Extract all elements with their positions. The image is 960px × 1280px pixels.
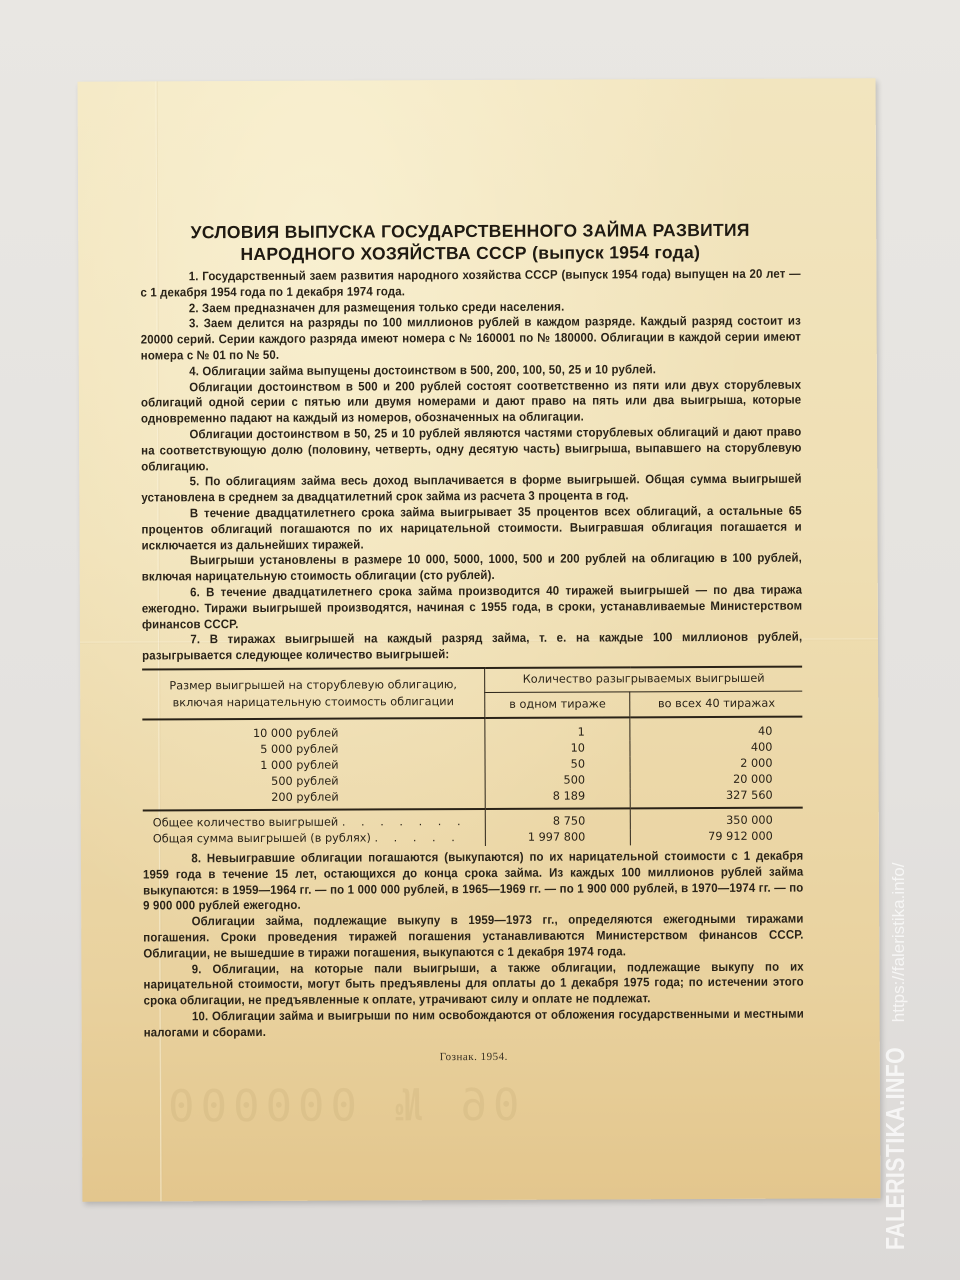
prize-denomination: 5 000 рублей	[142, 741, 485, 758]
total-one-draw: 8 750	[485, 808, 631, 830]
prize-count-one-draw: 500	[485, 772, 631, 789]
prize-denomination: 1 000 рублей	[143, 757, 486, 774]
prize-count-one-draw: 10	[485, 740, 631, 757]
header-one-draw: в одном тираже	[485, 692, 631, 718]
total-label: Общая сумма выигрышей (в рублях) . . . .…	[143, 830, 486, 847]
printer-mark: Гознак. 1954.	[144, 1050, 804, 1065]
header-prize-size: Размер выигрышей на сторублевую облигаци…	[142, 668, 485, 719]
clause-5-para-2: В течение двадцатилетнего срока займа вы…	[141, 504, 802, 554]
total-one-draw: 1 997 800	[485, 829, 631, 846]
prize-table-container: Размер выигрышей на сторублевую облигаци…	[142, 666, 803, 848]
prize-count-one-draw: 8 189	[485, 788, 631, 809]
clause-10: 10. Облигации займа и выигрыши по ним ос…	[144, 1006, 804, 1040]
table-total-row: Общее количество выигрышей . . . . . . .…	[143, 808, 803, 832]
clause-1: 1. Государственный заем развития народно…	[140, 267, 800, 301]
title-line-2: НАРОДНОГО ХОЗЯЙСТВА СССР (выпуск 1954 го…	[140, 241, 800, 266]
total-label-text: Общая сумма выигрышей (в рублях)	[153, 831, 371, 845]
header-prize-count: Количество разыгрываемых выигрышей	[485, 667, 803, 693]
prize-count-all-draws: 327 560	[631, 788, 803, 809]
document-title: УСЛОВИЯ ВЫПУСКА ГОСУДАРСТВЕННОГО ЗАЙМА Р…	[140, 219, 800, 266]
prize-count-all-draws: 400	[630, 740, 802, 757]
title-line-1: УСЛОВИЯ ВЫПУСКА ГОСУДАРСТВЕННОГО ЗАЙМА Р…	[140, 219, 800, 244]
clause-3: 3. Заем делится на разряды по 100 миллио…	[141, 314, 802, 364]
header-all-draws: во всех 40 тиражах	[630, 691, 802, 717]
clause-7: 7. В тиражах выигрышей на каждый разряд …	[142, 630, 802, 664]
prize-denomination: 200 рублей	[143, 789, 486, 810]
clause-9: 9. Облигации, на которые пали выигрыши, …	[143, 959, 804, 1009]
total-label: Общее количество выигрышей . . . . . . .	[143, 809, 486, 831]
loan-terms-text: УСЛОВИЯ ВЫПУСКА ГОСУДАРСТВЕННОГО ЗАЙМА Р…	[140, 219, 804, 1065]
table-row: 10 000 рублей140	[142, 717, 802, 743]
prize-count-all-draws: 40	[630, 717, 802, 741]
total-label-text: Общее количество выигрышей	[153, 816, 339, 830]
prize-count-all-draws: 20 000	[631, 772, 803, 789]
show-through-serial-number: 06 № 000000	[162, 1080, 520, 1133]
clause-4-para-3: Облигации достоинством в 50, 25 и 10 руб…	[141, 425, 802, 475]
table-total-row: Общая сумма выигрышей (в рублях) . . . .…	[143, 829, 803, 848]
clause-5: 5. По облигациям займа весь доход выплач…	[141, 472, 801, 506]
leader-dots: . . . . . . .	[342, 815, 467, 829]
clause-6: 6. В течение двадцатилетнего срока займа…	[142, 583, 803, 633]
bond-reverse-sheet: 06 № 000000 УСЛОВИЯ ВЫПУСКА ГОСУДАРСТВЕН…	[78, 78, 881, 1201]
clause-8: 8. Невыигравшие облигации погашаются (вы…	[143, 849, 804, 915]
clause-8-para-2: Облигации займа, подлежащие выкупу в 195…	[143, 912, 804, 962]
prize-denomination: 500 рублей	[143, 773, 486, 790]
watermark-url: https://faleristika.info/	[889, 863, 909, 1023]
site-watermark: FALERISTIKA.INFO https://faleristika.inf…	[880, 863, 911, 1250]
watermark-brand: FALERISTIKA.INFO	[880, 1047, 911, 1250]
clause-5-para-3: Выигрыши установлены в размере 10 000, 5…	[142, 551, 802, 585]
clause-4-para-2: Облигации достоинством в 500 и 200 рубле…	[141, 377, 802, 427]
total-all-draws: 79 912 000	[631, 829, 803, 846]
total-all-draws: 350 000	[631, 808, 803, 830]
leader-dots: . . . . .	[374, 831, 460, 844]
prize-denomination: 10 000 рублей	[142, 718, 485, 742]
prize-table: Размер выигрышей на сторублевую облигаци…	[142, 666, 803, 848]
prize-count-one-draw: 50	[485, 756, 631, 773]
prize-count-all-draws: 2 000	[630, 756, 802, 773]
prize-count-one-draw: 1	[485, 717, 631, 741]
